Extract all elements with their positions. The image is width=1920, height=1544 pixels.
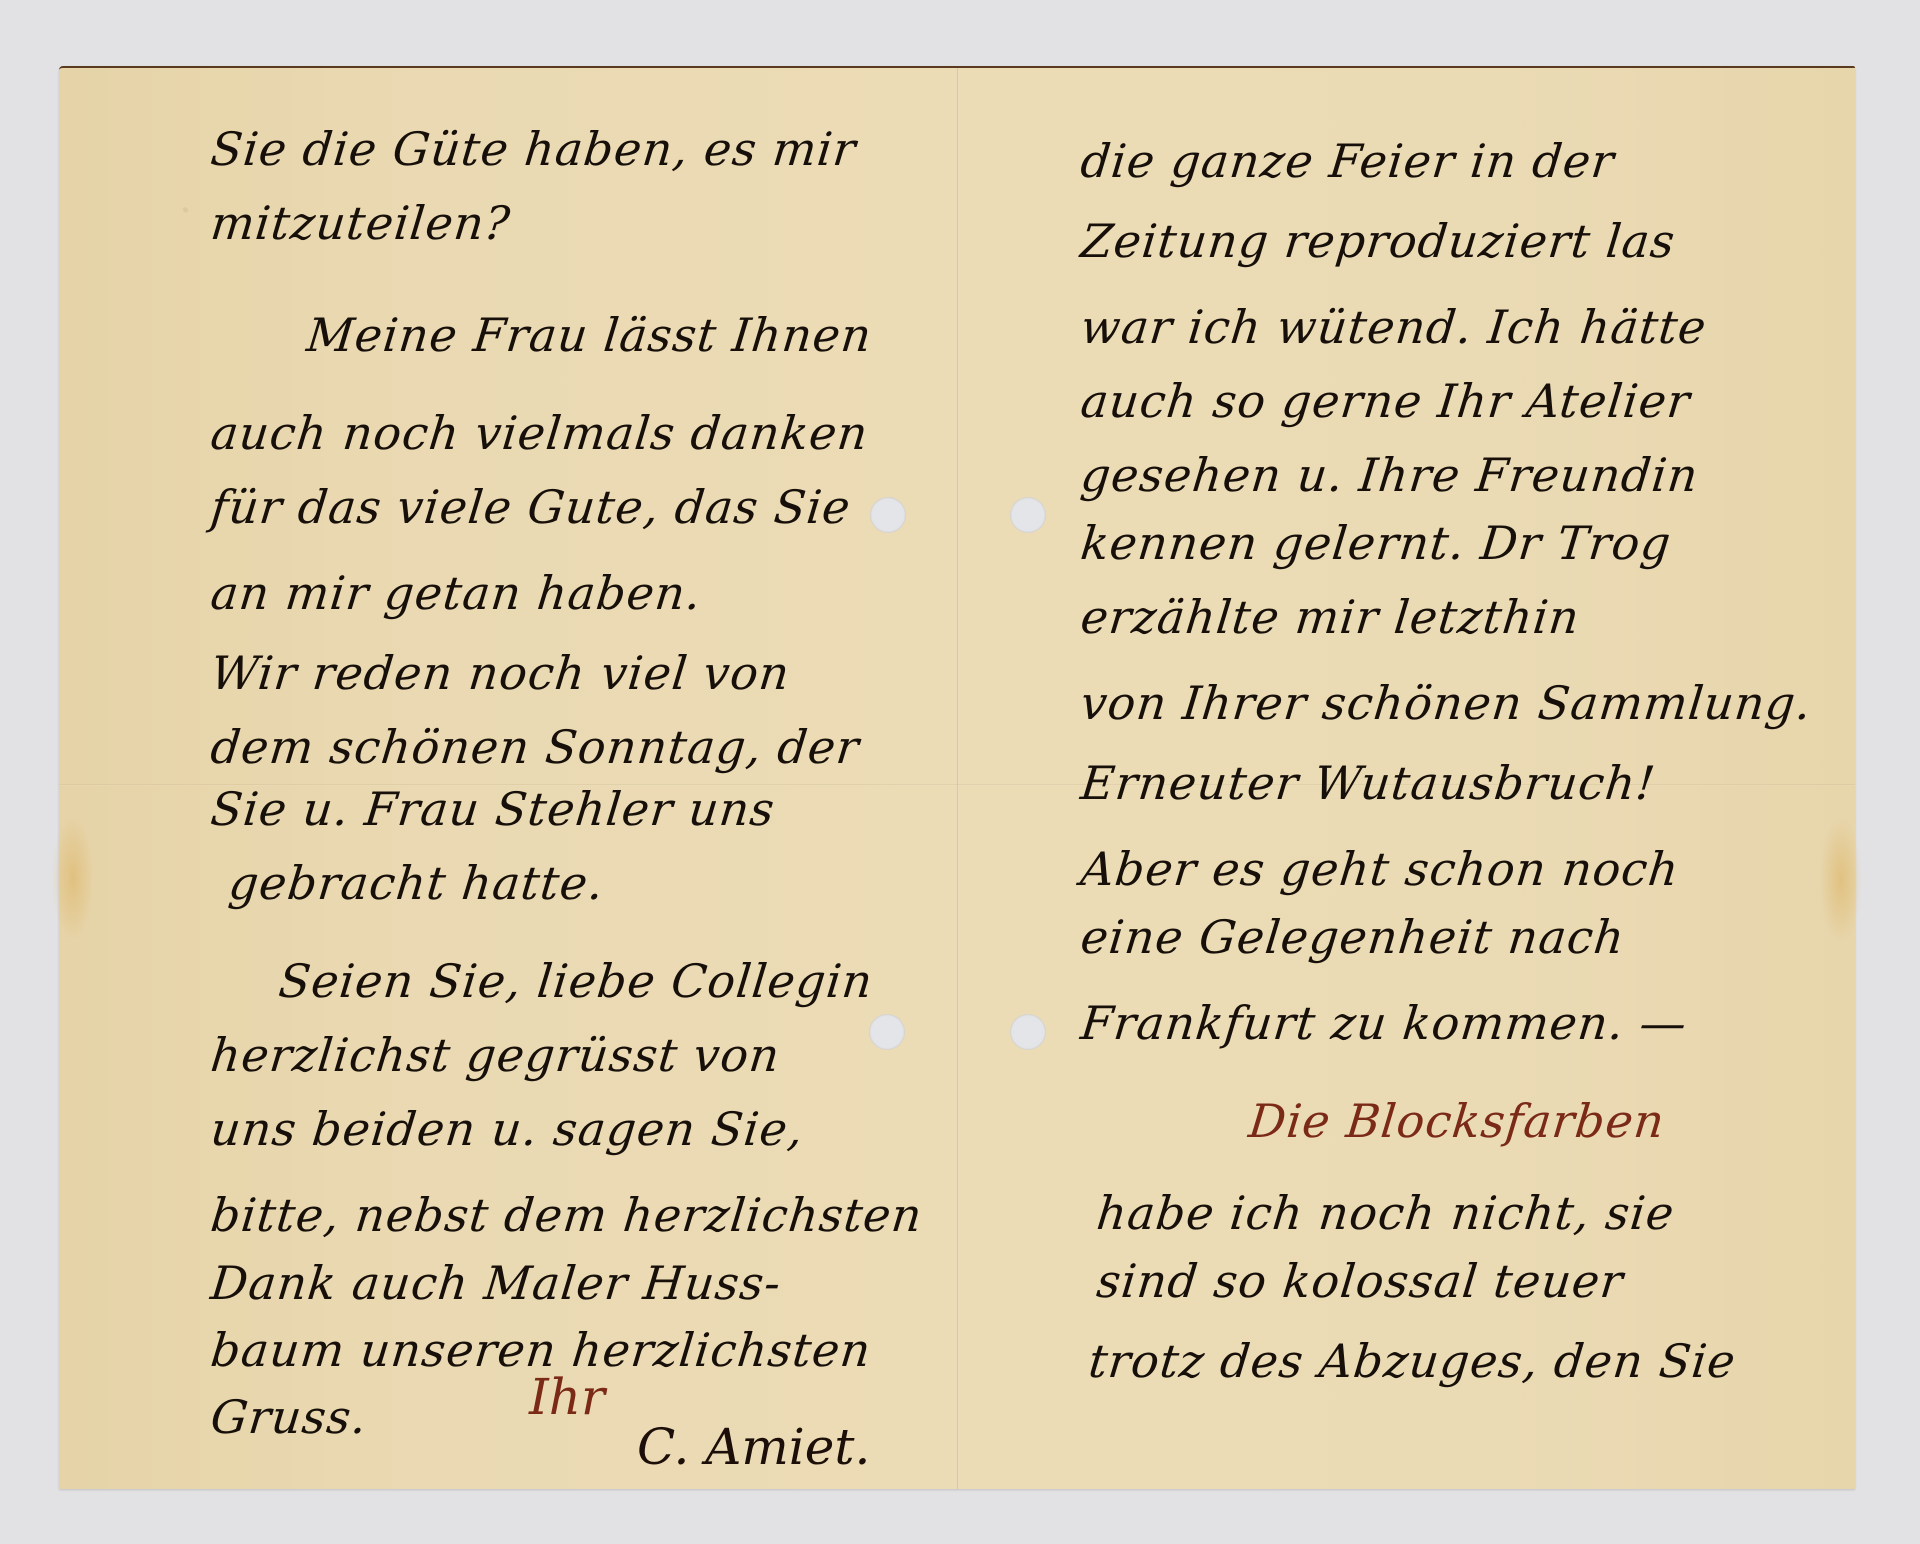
letter-line: Wir reden noch viel von bbox=[208, 646, 793, 700]
letter-sheet: · Sie die Güte haben, es mir mitzuteilen… bbox=[59, 66, 1855, 1489]
letter-line: habe ich noch nicht, sie bbox=[1094, 1186, 1677, 1240]
letter-line: war ich wütend. Ich hätte bbox=[1078, 300, 1709, 354]
closing-text: Ihr bbox=[529, 1368, 605, 1426]
letter-line: für das viele Gute, das Sie bbox=[208, 480, 853, 534]
letter-line: Erneuter Wutausbruch! bbox=[1078, 756, 1658, 810]
letter-line: bitte, nebst dem herzlichsten bbox=[208, 1188, 925, 1242]
letter-line: Zeitung reproduziert las bbox=[1078, 214, 1678, 268]
letter-line: Sie u. Frau Stehler uns bbox=[208, 782, 777, 836]
letter-line: von Ihrer schönen Sammlung. bbox=[1078, 676, 1814, 730]
letter-line: Dank auch Maler Huss- bbox=[208, 1256, 784, 1310]
letter-line: Seien Sie, liebe Collegin bbox=[276, 954, 876, 1008]
letter-line: uns beiden u. sagen Sie, bbox=[208, 1102, 806, 1156]
letter-line: trotz des Abzuges, den Sie bbox=[1086, 1334, 1739, 1388]
letter-line: erzählte mir letzthin bbox=[1078, 590, 1582, 644]
letter-line: Meine Frau lässt Ihnen bbox=[304, 308, 875, 362]
signature: C. Amiet. bbox=[637, 1418, 870, 1476]
letter-line: mitzuteilen? bbox=[208, 196, 513, 250]
letter-line: Gruss. bbox=[208, 1390, 370, 1444]
letter-line: die ganze Feier in der bbox=[1078, 134, 1617, 188]
letter-line: sind so kolossal teuer bbox=[1094, 1254, 1626, 1308]
letter-line: auch so gerne Ihr Atelier bbox=[1078, 374, 1693, 428]
letter-line: gesehen u. Ihre Freundin bbox=[1078, 448, 1701, 502]
letter-line: kennen gelernt. Dr Trog bbox=[1078, 516, 1674, 570]
letter-line: gebracht hatte. bbox=[226, 856, 607, 910]
letter-line: Aber es geht schon noch bbox=[1078, 842, 1682, 896]
letter-line: Frankfurt zu kommen. — bbox=[1078, 996, 1690, 1050]
letter-line: herzlichst gegrüsst von bbox=[208, 1028, 783, 1082]
letter-line: dem schönen Sonntag, der bbox=[208, 720, 862, 774]
right-page: die ganze Feier in der Zeitung reproduzi… bbox=[959, 68, 1855, 1489]
letter-line: an mir getan haben. bbox=[208, 566, 704, 620]
letter-line: auch noch vielmals danken bbox=[208, 406, 871, 460]
letter-line: Sie die Güte haben, es mir bbox=[208, 122, 859, 176]
letter-line: eine Gelegenheit nach bbox=[1078, 910, 1627, 964]
left-page: Sie die Güte haben, es mir mitzuteilen? … bbox=[59, 68, 957, 1489]
letter-line: Die Blocksfarben bbox=[1246, 1094, 1667, 1148]
